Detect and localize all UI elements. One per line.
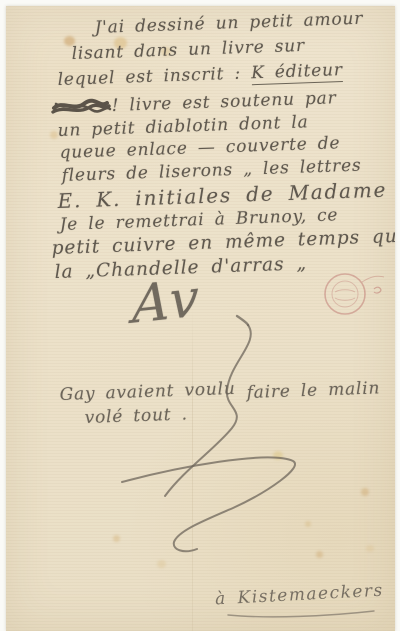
monogram-flourish: Av bbox=[132, 268, 200, 336]
paraph-flourish bbox=[122, 316, 295, 551]
underlined-phrase: K éditeur bbox=[251, 60, 343, 85]
letter-line: lequel est inscrit : K éditeur bbox=[57, 60, 343, 90]
signature-underline bbox=[228, 611, 374, 617]
postscript-line: faire le malin bbox=[246, 378, 380, 403]
paper-crease bbox=[192, 306, 193, 631]
postscript-line: Gay avaient voulu bbox=[59, 379, 236, 405]
letter-paper: J'ai dessiné un petit amour lisant dans … bbox=[6, 6, 395, 631]
scanned-letter-page: J'ai dessiné un petit amour lisant dans … bbox=[0, 0, 400, 631]
fox-stain bbox=[366, 545, 374, 552]
fox-stain bbox=[273, 451, 283, 460]
fox-stain bbox=[316, 551, 323, 558]
fox-stain bbox=[113, 535, 120, 542]
fox-stain bbox=[157, 560, 166, 568]
postscript-line: volé tout . bbox=[84, 404, 188, 428]
letter-line-text: lequel est inscrit : bbox=[57, 63, 251, 90]
fox-stain bbox=[305, 521, 311, 527]
fox-stain bbox=[361, 488, 369, 496]
letter-line: J'ai dessiné un petit amour bbox=[94, 9, 363, 38]
scratched-word bbox=[53, 101, 110, 112]
collection-stamp-icon bbox=[325, 274, 384, 314]
letter-line: lisant dans un livre sur bbox=[71, 36, 305, 64]
signature: à Kistemaeckers bbox=[215, 581, 385, 610]
